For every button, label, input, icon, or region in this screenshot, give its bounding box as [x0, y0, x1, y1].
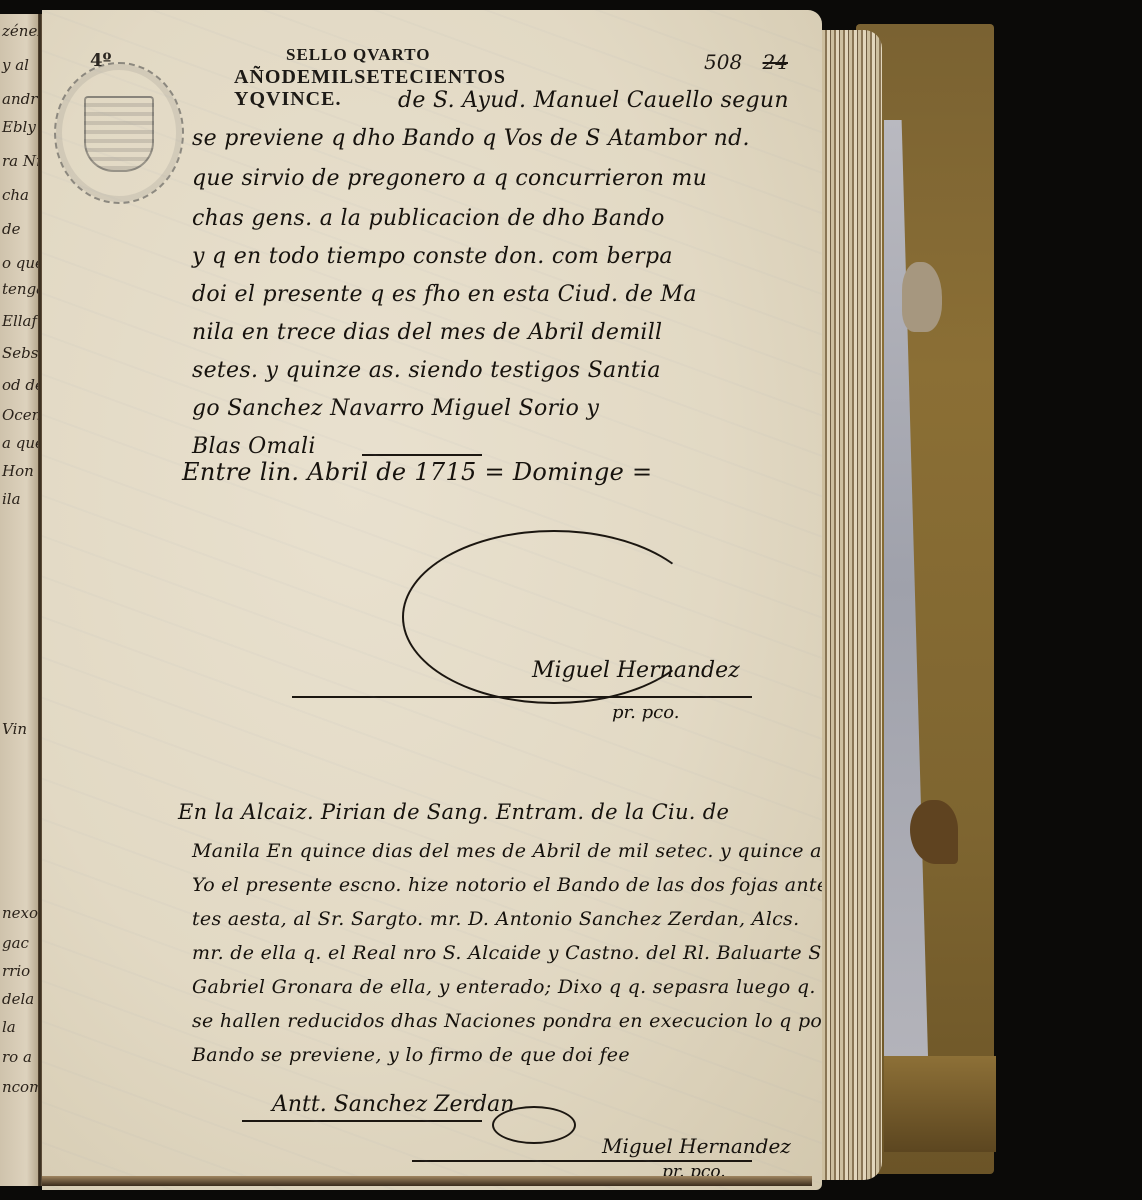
manuscript-line: chas gens. a la publicacion de dho Bando — [192, 206, 665, 231]
facing-text: ncom — [2, 1078, 38, 1096]
page-bottom-edge — [42, 1176, 812, 1186]
stamp-header-line: AÑODEMILSETECIENTOS — [234, 66, 506, 88]
seal-number: 4º — [90, 50, 112, 71]
royal-seal-icon — [54, 62, 184, 204]
manuscript-line: doi el presente q es fho en esta Ciud. d… — [192, 282, 697, 307]
manuscript-line: que sirvio de pregonero a q concurrieron… — [192, 166, 707, 191]
facing-text: andr — [2, 90, 37, 108]
manuscript-line: de S. Ayud. Manuel Cauello segun — [398, 88, 789, 113]
closing-stroke — [362, 454, 482, 456]
facing-text: de — [2, 220, 20, 238]
facing-text: ila — [2, 490, 21, 508]
manuscript-line: tes aesta, al Sr. Sargto. mr. D. Antonio… — [192, 908, 799, 930]
folio-number-current: 508 — [704, 50, 742, 74]
manuscript-line: Blas Omali — [192, 434, 316, 459]
facing-text: Sebsi — [2, 344, 38, 362]
manuscript-line: Gabriel Gronara de ella, y enterado; Dix… — [192, 976, 816, 998]
manuscript-line: nila en trece dias del mes de Abril demi… — [192, 320, 662, 345]
manuscript-page: 4º SELLO QVARTO AÑODEMILSETECIENTOS YQVI… — [42, 10, 822, 1190]
manuscript-line: se hallen reducidos dhas Naciones pondra… — [192, 1010, 822, 1032]
manuscript-line: En la Alcaiz. Pirian de Sang. Entram. de… — [178, 800, 729, 824]
facing-text: nexo — [2, 904, 38, 922]
facing-text: od de — [2, 376, 38, 394]
manuscript-line: go Sanchez Navarro Miguel Sorio y — [192, 396, 599, 421]
facing-page-edge: zénez y al andr Ebly ra Nr cha de o que … — [0, 14, 38, 1186]
coat-of-arms-icon — [84, 96, 154, 172]
page-stack-edge — [822, 30, 882, 1180]
entrelinea-note: Entre lin. Abril de 1715 = Dominge = — [182, 458, 652, 486]
facing-text: ra Nr — [2, 152, 38, 170]
facing-text: Ocenn — [2, 406, 38, 424]
facing-text: o que — [2, 254, 38, 272]
manuscript-line: Bando se previene, y lo firmo de que doi… — [192, 1044, 630, 1066]
folio-number-struck: 24 — [763, 50, 788, 74]
facing-text: la — [2, 1018, 16, 1036]
facing-text: tengan — [2, 280, 38, 298]
facing-text: y al — [2, 56, 29, 74]
signature-miguel-hernandez: Miguel Hernandez — [602, 1134, 791, 1158]
manuscript-line: setes. y quinze as. siendo testigos Sant… — [192, 358, 661, 383]
facing-text: rrio — [2, 962, 30, 980]
stamp-header-line: SELLO QVARTO — [234, 44, 506, 66]
folio-number: 508 24 — [704, 50, 788, 74]
binding-corner-fold — [884, 1056, 996, 1152]
binding-tab — [910, 800, 958, 864]
manuscript-line: y q en todo tiempo conste don. com berpa — [192, 244, 673, 269]
manuscript-line: mr. de ella q. el Real nro S. Alcaide y … — [192, 942, 822, 964]
signature-underline — [242, 1120, 482, 1122]
facing-text: Hon — [2, 462, 34, 480]
signature-miguel-hernandez: Miguel Hernandez — [532, 658, 740, 683]
signature-sanchez-zerdan: Antt. Sanchez Zerdan — [272, 1092, 514, 1117]
binding-tab — [902, 262, 942, 332]
facing-text: gac — [2, 934, 29, 952]
manuscript-line: Yo el presente escno. hize notorio el Ba… — [192, 874, 822, 896]
facing-text: zénez — [2, 22, 38, 40]
manuscript-line: Manila En quince dias del mes de Abril d… — [192, 840, 822, 862]
signature-rubric — [492, 1106, 576, 1144]
signature-underline — [292, 696, 752, 698]
facing-text: ro a — [2, 1048, 32, 1066]
facing-text: Ebly — [2, 118, 36, 136]
facing-text: dela — [2, 990, 34, 1008]
facing-text: Vin — [2, 720, 27, 738]
facing-text: cha — [2, 186, 29, 204]
signature-title: pr. pco. — [612, 702, 679, 723]
manuscript-line: se previene q dho Bando q Vos de S Atamb… — [192, 126, 750, 151]
facing-text: Ellaf — [2, 312, 37, 330]
facing-text: a que — [2, 434, 38, 452]
